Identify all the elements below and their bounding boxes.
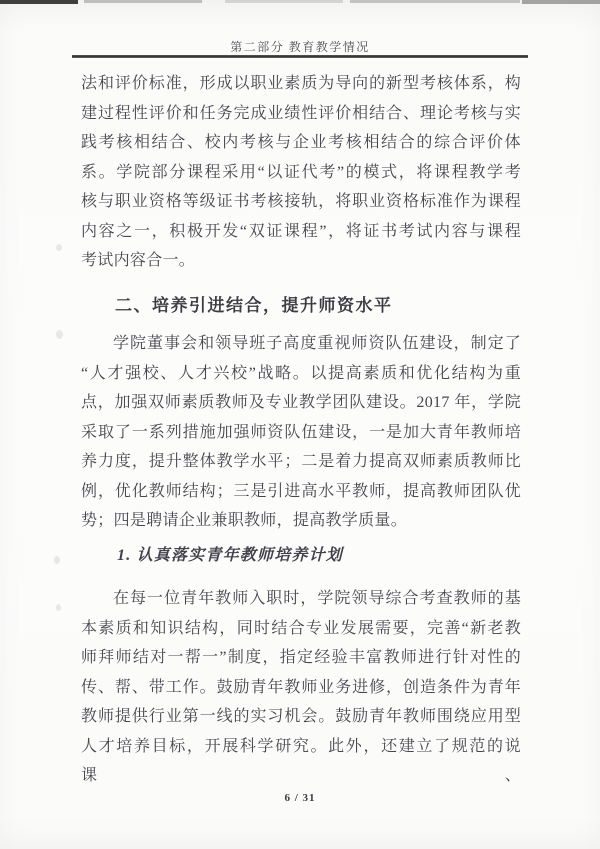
scan-speck	[54, 556, 60, 564]
text-line: 师拜师结对一帮一”制度，指定经验丰富教师进行针对性的	[81, 643, 521, 673]
text-line: 例，优化教师结构；三是引进高水平教师，提高教师团队优	[81, 477, 521, 507]
text-line: 核与职业资格等级证书考核接轨，将职业资格标准作为课程	[81, 187, 521, 217]
scan-speck	[56, 604, 61, 611]
scan-artifact-strip	[84, 0, 202, 3]
header-rule	[72, 55, 528, 58]
subsection-heading-young-teachers: 1. 认真落实青年教师培养计划	[81, 542, 521, 565]
paragraph-faculty-building: 学院董事会和领导班子高度重视师资队伍建设，制定了“人才强校、人才兴校”战略。以提…	[81, 329, 521, 536]
text-line: 势；四是聘请企业兼职教师，提高教学质量。	[81, 506, 521, 536]
text-line: 人才培养目标，开展科学研究。此外，还建立了规范的说课、	[81, 732, 521, 791]
text-line: 采取了一系列措施加强师资队伍建设，一是加大青年教师培	[81, 418, 521, 448]
section-heading-faculty: 二、培养引进结合，提升师资水平	[81, 291, 521, 316]
text-line: 考试内容合一。	[81, 246, 521, 276]
text-line: 学院董事会和领导班子高度重视师资队伍建设，制定了	[81, 329, 521, 359]
paragraph-evaluation-system: 法和评价标准，形成以职业素质为导向的新型考核体系，构建过程性评价和任务完成业绩性…	[81, 69, 521, 276]
text-line: “人才强校、人才兴校”战略。以提高素质和优化结构为重	[81, 359, 521, 389]
text-line: 系。学院部分课程采用“以证代考”的模式，将课程教学考	[81, 158, 521, 188]
scan-speck	[56, 244, 62, 251]
paragraph-young-teacher-plan: 在每一位青年教师入职时，学院领导综合考查教师的基本素质和知识结构，同时结合专业发…	[81, 584, 521, 791]
text-line: 建过程性评价和任务完成业绩性评价相结合、理论考核与实	[81, 99, 521, 129]
text-line: 养力度，提升整体教学水平；二是着力提高双师素质教师比	[81, 447, 521, 477]
scan-artifact-strip	[0, 0, 78, 4]
text-line: 传、帮、带工作。鼓励青年教师业务进修，创造条件为青年	[81, 673, 521, 703]
text-line: 点，加强双师素质教师及专业教学团队建设。2017 年，学院	[81, 388, 521, 418]
text-line: 本素质和知识结构，同时结合专业发展需要，完善“新老教	[81, 614, 521, 644]
page-number: 6 / 31	[0, 792, 600, 804]
scan-artifact-strip	[350, 0, 520, 3]
text-line: 践考核相结合、校内考核与企业考核相结合的综合评价体	[81, 128, 521, 158]
text-line: 教师提供行业第一线的实习机会。鼓励青年教师围绕应用型	[81, 702, 521, 732]
scan-speck	[56, 330, 63, 339]
scan-artifact-strip	[225, 0, 343, 3]
text-line: 在每一位青年教师入职时，学院领导综合考查教师的基	[81, 584, 521, 614]
scanned-document-page: 第二部分 教育教学情况 法和评价标准，形成以职业素质为导向的新型考核体系，构建过…	[0, 0, 600, 849]
text-line: 内容之一，积极开发“双证课程”，将证书考试内容与课程	[81, 217, 521, 247]
scan-artifact-strip	[522, 0, 600, 4]
page-header-title: 第二部分 教育教学情况	[0, 38, 600, 55]
text-line: 法和评价标准，形成以职业素质为导向的新型考核体系，构	[81, 69, 521, 99]
